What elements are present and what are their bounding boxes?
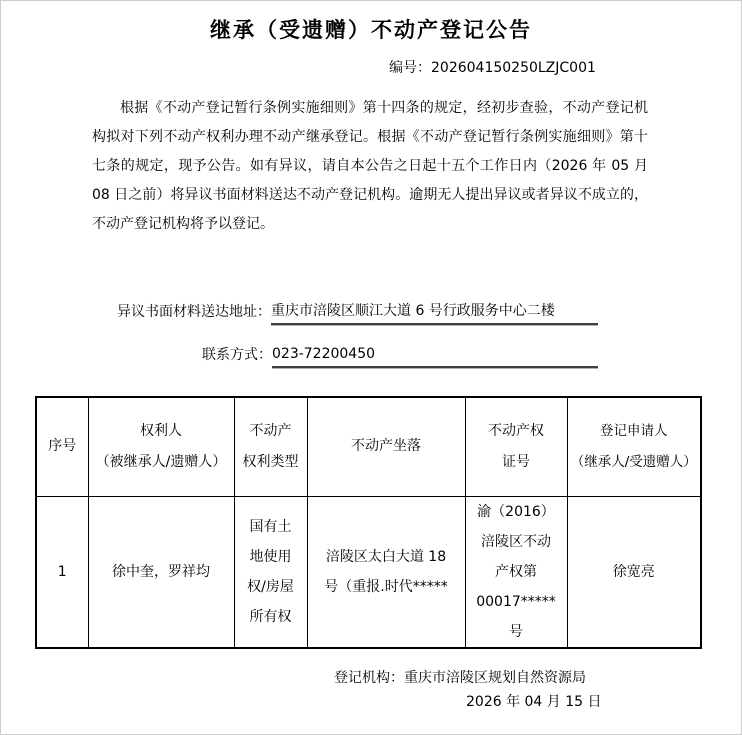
registry-authority-line: 登记机构：重庆市涪陵区规划自然资源局 xyxy=(334,667,586,687)
col-header-right-holder: 权利人 （被继承人/遗赠人） xyxy=(88,397,234,496)
cell-right-type: 国有土 地使用 权/房屋 所有权 xyxy=(234,496,307,648)
notice-document-page: 继承（受遗赠）不动产登记公告 编号：202604150250LZJC001 根据… xyxy=(0,0,742,735)
cell-property-location: 涪陵区太白大道 18 号（重报.时代***** xyxy=(307,496,465,648)
doc-number-line: 编号：202604150250LZJC001 xyxy=(389,57,596,77)
page-title: 继承（受遗赠）不动产登记公告 xyxy=(1,14,741,44)
notice-body-paragraph: 根据《不动产登记暂行条例实施细则》第十四条的规定，经初步查验，不动产登记机构拟对… xyxy=(92,94,648,239)
contact-label: 联系方式： xyxy=(202,346,272,365)
cell-applicant: 徐宽亮 xyxy=(567,496,701,648)
notice-table: 序号 权利人 （被继承人/遗赠人） 不动产 权利类型 不动产坐落 不动产权 证号… xyxy=(35,396,702,649)
cell-right-holder: 徐中奎，罗祥均 xyxy=(88,496,234,648)
col-header-certificate-no: 不动产权 证号 xyxy=(465,397,567,496)
col-header-applicant: 登记申请人 （继承人/受遗赠人） xyxy=(567,397,701,496)
address-value: 重庆市涪陵区顺江大道 6 号行政服务中心二楼 xyxy=(271,302,598,325)
col-header-right-type: 不动产 权利类型 xyxy=(234,397,307,496)
table-row: 1 徐中奎，罗祥均 国有土 地使用 权/房屋 所有权 涪陵区太白大道 18 号（… xyxy=(36,496,701,648)
notice-date-line: 2026 年 04 月 15 日 xyxy=(466,691,602,711)
address-label: 异议书面材料送达地址： xyxy=(117,303,271,322)
doc-number-value: 202604150250LZJC001 xyxy=(431,60,596,76)
contact-field-line: 联系方式： 023-72200450 xyxy=(202,345,598,365)
col-header-seq-no: 序号 xyxy=(36,397,88,496)
col-header-property-location: 不动产坐落 xyxy=(307,397,465,496)
table-header-row: 序号 权利人 （被继承人/遗赠人） 不动产 权利类型 不动产坐落 不动产权 证号… xyxy=(36,397,701,496)
cell-seq-no: 1 xyxy=(36,496,88,648)
contact-value: 023-72200450 xyxy=(272,345,598,368)
address-field-line: 异议书面材料送达地址： 重庆市涪陵区顺江大道 6 号行政服务中心二楼 xyxy=(117,302,598,322)
doc-number-label: 编号： xyxy=(389,60,431,76)
cell-certificate-no: 渝（2016） 涪陵区不动 产权第 00017***** 号 xyxy=(465,496,567,648)
